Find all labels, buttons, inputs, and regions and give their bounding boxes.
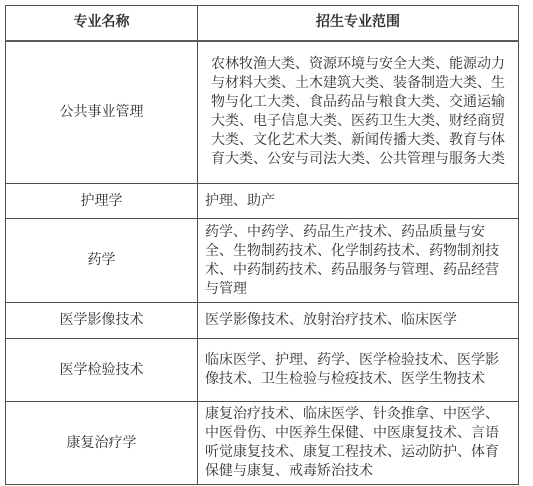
major-name-cell: 医学影像技术: [6, 303, 198, 339]
major-name-cell: 药学: [6, 219, 198, 303]
major-name-cell: 护理学: [6, 184, 198, 219]
table-row: 医学检验技术 临床医学、护理、药学、医学检验技术、医学影像技术、卫生检验与检疫技…: [6, 339, 519, 402]
table-row: 医学影像技术 医学影像技术、放射治疗技术、临床医学: [6, 303, 519, 339]
enrollment-scope-cell: 护理、助产: [198, 184, 519, 219]
enrollment-scope-cell: 药学、中药学、药品生产技术、药品质量与安全、生物制药技术、化学制药技术、药物制剂…: [198, 219, 519, 303]
enrollment-scope-cell: 临床医学、护理、药学、医学检验技术、医学影像技术、卫生检验与检疫技术、医学生物技…: [198, 339, 519, 402]
document-page: 专业名称 招生专业范围 公共事业管理 农林牧渔大类、资源环境与安全大类、能源动力…: [0, 0, 533, 486]
header-row: 专业名称 招生专业范围: [6, 6, 519, 41]
column-header-enrollment-scope: 招生专业范围: [198, 6, 519, 41]
enrollment-scope-cell: 农林牧渔大类、资源环境与安全大类、能源动力与材料大类、土木建筑大类、装备制造大类…: [198, 41, 519, 184]
table-row: 护理学 护理、助产: [6, 184, 519, 219]
major-name-cell: 康复治疗学: [6, 402, 198, 485]
table-row: 康复治疗学 康复治疗技术、临床医学、针灸推拿、中医学、中医骨伤、中医养生保健、中…: [6, 402, 519, 485]
enrollment-scope-cell: 康复治疗技术、临床医学、针灸推拿、中医学、中医骨伤、中医养生保健、中医康复技术、…: [198, 402, 519, 485]
table-row: 药学 药学、中药学、药品生产技术、药品质量与安全、生物制药技术、化学制药技术、药…: [6, 219, 519, 303]
majors-table: 专业名称 招生专业范围 公共事业管理 农林牧渔大类、资源环境与安全大类、能源动力…: [5, 5, 519, 485]
column-header-major-name: 专业名称: [6, 6, 198, 41]
major-name-cell: 公共事业管理: [6, 41, 198, 184]
major-name-cell: 医学检验技术: [6, 339, 198, 402]
enrollment-scope-cell: 医学影像技术、放射治疗技术、临床医学: [198, 303, 519, 339]
table-row: 公共事业管理 农林牧渔大类、资源环境与安全大类、能源动力与材料大类、土木建筑大类…: [6, 41, 519, 184]
